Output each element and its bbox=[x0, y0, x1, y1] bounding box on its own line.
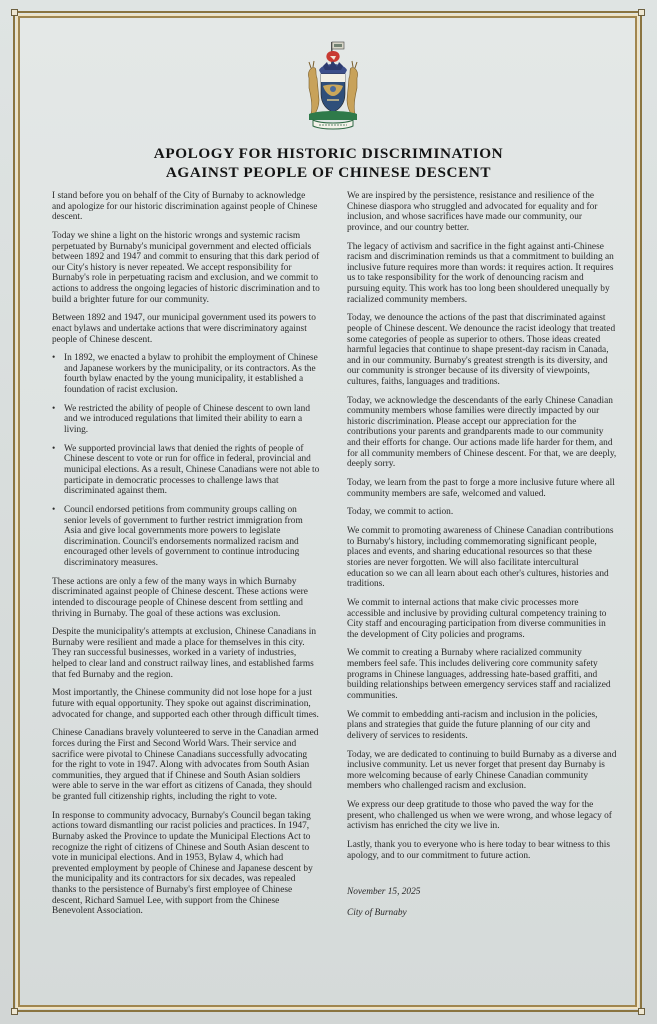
paragraph: Today, we learn from the past to forge a… bbox=[347, 478, 617, 499]
left-column: I stand before you on behalf of the City… bbox=[52, 191, 320, 925]
paragraph: We express our deep gratitude to those w… bbox=[347, 800, 617, 832]
discrimination-actions-list: In 1892, we enacted a bylaw to prohibit … bbox=[52, 353, 320, 568]
paragraph: The legacy of activism and sacrifice in … bbox=[347, 242, 617, 306]
paragraph: Most importantly, the Chinese community … bbox=[52, 688, 320, 720]
paragraph: We commit to internal actions that make … bbox=[347, 598, 617, 640]
paragraph: Despite the municipality's attempts at e… bbox=[52, 627, 320, 680]
paragraph: In response to community advocacy, Burna… bbox=[52, 811, 320, 917]
coat-of-arms-icon bbox=[301, 40, 365, 132]
paragraph: Today, we acknowledge the descendants of… bbox=[347, 396, 617, 470]
paragraph: We commit to creating a Burnaby where ra… bbox=[347, 648, 617, 701]
frame-corner-top-right bbox=[638, 9, 645, 16]
paragraph: Chinese Canadians bravely volunteered to… bbox=[52, 728, 320, 802]
paragraph: Today we shine a light on the historic w… bbox=[52, 231, 320, 305]
signatory: City of Burnaby bbox=[347, 908, 617, 919]
paragraph: Today, we are dedicated to continuing to… bbox=[347, 750, 617, 792]
list-item: In 1892, we enacted a bylaw to prohibit … bbox=[52, 353, 320, 395]
signature-block: November 15, 2025 City of Burnaby bbox=[347, 887, 617, 918]
paragraph: Lastly, thank you to everyone who is her… bbox=[347, 840, 617, 861]
list-item: We supported provincial laws that denied… bbox=[52, 444, 320, 497]
frame-corner-top-left bbox=[11, 9, 18, 16]
list-item: We restricted the ability of people of C… bbox=[52, 404, 320, 436]
frame-corner-bottom-left bbox=[11, 1008, 18, 1015]
paragraph: Today, we commit to action. bbox=[347, 507, 617, 518]
title-line-2: AGAINST PEOPLE OF CHINESE DESCENT bbox=[0, 163, 657, 182]
document-title: APOLOGY FOR HISTORIC DISCRIMINATION AGAI… bbox=[0, 144, 657, 182]
frame-corner-bottom-right bbox=[638, 1008, 645, 1015]
document-date: November 15, 2025 bbox=[347, 887, 617, 898]
paragraph: Today, we denounce the actions of the pa… bbox=[347, 313, 617, 387]
paragraph: We are inspired by the persistence, resi… bbox=[347, 191, 617, 233]
right-column: We are inspired by the persistence, resi… bbox=[347, 191, 617, 929]
paragraph: These actions are only a few of the many… bbox=[52, 577, 320, 619]
title-line-1: APOLOGY FOR HISTORIC DISCRIMINATION bbox=[0, 144, 657, 163]
paragraph: We commit to promoting awareness of Chin… bbox=[347, 526, 617, 590]
paragraph: We commit to embedding anti-racism and i… bbox=[347, 710, 617, 742]
document-page: APOLOGY FOR HISTORIC DISCRIMINATION AGAI… bbox=[0, 0, 657, 1024]
list-item: Council endorsed petitions from communit… bbox=[52, 505, 320, 569]
paragraph: Between 1892 and 1947, our municipal gov… bbox=[52, 313, 320, 345]
paragraph: I stand before you on behalf of the City… bbox=[52, 191, 320, 223]
